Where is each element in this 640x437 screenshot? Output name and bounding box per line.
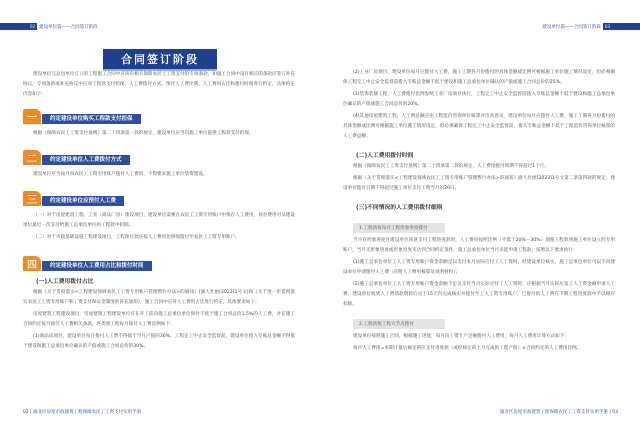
paragraph: 每月人工费用=本期计量后核定的应支付进度款（或经核定的上月完成的工程产值）×合同…	[343, 344, 615, 354]
paragraph: (2)工业厂房项目，建设单位每月应拨付人工费，施工工期各月份拨付的具体金额或比例…	[343, 68, 615, 88]
page-number: 03	[603, 23, 612, 30]
section-header-3: 三 约定建设单位应预付人工费	[23, 190, 295, 206]
section-number-badge: 三	[23, 191, 41, 206]
page-number: 02	[28, 23, 37, 30]
paragraph: 根据《保障农民工工资支付条例》第二十四条第二款的规定，人工费用拨付周期不得超过1…	[343, 162, 615, 172]
header-bar	[0, 23, 28, 30]
page-title: 合同签订阶段	[103, 49, 217, 71]
subheading: (二)人工费用拨付时间	[356, 150, 615, 159]
paragraph: (4)其他房屋建筑工程，人工费总额应由工程造价咨询单位核算并出具意见，建设单位每…	[343, 112, 615, 142]
page-footer: 02 | 渝北区房屋市政建筑工程保障农民工工资支付实用手册	[23, 409, 141, 415]
section-title: 约定建设单位购买工程款支付担保	[42, 114, 141, 124]
page-footer: 渝北区房屋市政建筑工程保障农民工工资支付实用手册 | 03	[500, 409, 618, 415]
item-label-bar: 1.工程款按每月工程形象进度拨付	[353, 223, 445, 233]
section-paragraph: （一）对于房屋建筑工程、工业（商品厂房）建设项目，建设单位需要在农民工工资专用账…	[23, 211, 295, 231]
header-bar	[612, 23, 640, 30]
paragraph: (1)施工总承包单位工人工资专用账户资金余额足以支付本月实际应付工人工资时，经建…	[343, 258, 615, 278]
section-number-badge: 四	[23, 256, 41, 271]
section-paragraph: （二）对于市政基础设施工程建设项目，工程预付款应按人工费用比例划拨付至农民工工资…	[23, 233, 295, 243]
running-header-text: 建设单位篇——合同签订阶段	[39, 24, 98, 30]
running-header-right: 建设单位篇——合同签订阶段 03	[542, 23, 640, 30]
section-paragraph: 房屋建筑工程建设项目，房屋建筑工程建设单位应在开工前向施工总承包单位预付不低于施…	[23, 310, 295, 330]
section-paragraph: 建设单位应当按月向农民工工资专用账户拨付人工费用，不得要求施工单位垫资建设。	[23, 170, 295, 180]
section-header-2: 二 约定建设单位人工费拨付方式	[23, 149, 295, 165]
paragraph: 当月有形象进度且建设单位同意支付工程进度款时，人工费用按照比例（不低于20%－3…	[343, 236, 615, 256]
section-title: 约定建设单位人工费用占比和拨付时间	[42, 261, 152, 271]
right-content: (2)工业厂房项目，建设单位每月应拨付人工费，施工工期各月份拨付的具体金额或比例…	[343, 68, 615, 354]
paragraph: (3)装饰装修工程，人工费拨付比例参照工业厂房项目执行，工程完工中止安全监督前拨…	[343, 90, 615, 110]
subheading: (一)人工费用拨付占比	[36, 276, 295, 285]
paragraph: (2)施工总承包单位工人工资专用账户资金余额不足以支付当月实际应付工人工资时，应…	[343, 280, 615, 310]
running-header-text: 建设单位篇——合同签订阶段	[542, 24, 601, 30]
subheading: (三)不同情况的人工费用拨付细则	[356, 202, 615, 211]
paragraph: 建设单位按照施工合同，根据施工进度，每月向工资专户足额拨付人工费用，每月人工费用…	[343, 332, 615, 342]
left-page: 02 建设单位篇——合同签订阶段 合同签订阶段 建设单位与总包单位订立的工程施工…	[0, 0, 320, 437]
intro-paragraph: 建设单位与总包单位订立的工程施工合同中应该有相关保障农民工工资支付的专项条款，如…	[23, 70, 295, 100]
running-header-left: 02 建设单位篇——合同签订阶段	[0, 23, 98, 30]
left-content: 建设单位与总包单位订立的工程施工合同中应该有相关保障农民工工资支付的专项条款，如…	[23, 70, 295, 352]
section-number-badge: 一	[23, 109, 41, 124]
section-title: 约定建设单位应预付人工费	[42, 196, 124, 206]
section-header-1: 一 约定建设单位购买工程款支付担保	[23, 108, 295, 124]
section-number-badge: 二	[23, 150, 41, 165]
section-paragraph: (1)商品房项目，建设单位每月拨付人工费不得低于当月产值的30%，工程完工中止安…	[23, 332, 295, 352]
section-paragraph: 根据《关于贯彻落实<工程建设领域农民工工资专用账户管理暂行办法>的通知》(渝人社…	[23, 288, 295, 308]
section-paragraph: 根据《保障农民工工资支付条例》第二十四条第一款的规定，建设单位应当向施工单位提供…	[23, 129, 295, 139]
paragraph: 根据《关于贯彻落实<工程建设领域农民工工资专用账户管理暂行办法>的通知》渝人社函…	[343, 174, 615, 194]
section-title: 约定建设单位人工费拨付方式	[42, 155, 130, 165]
item-label-bar: 2.工程款按工程大节点拨付	[353, 319, 445, 329]
section-header-4: 四 约定建设单位人工费用占比和拨付时间	[23, 255, 295, 271]
document-spread: 02 建设单位篇——合同签订阶段 合同签订阶段 建设单位与总包单位订立的工程施工…	[0, 0, 640, 437]
